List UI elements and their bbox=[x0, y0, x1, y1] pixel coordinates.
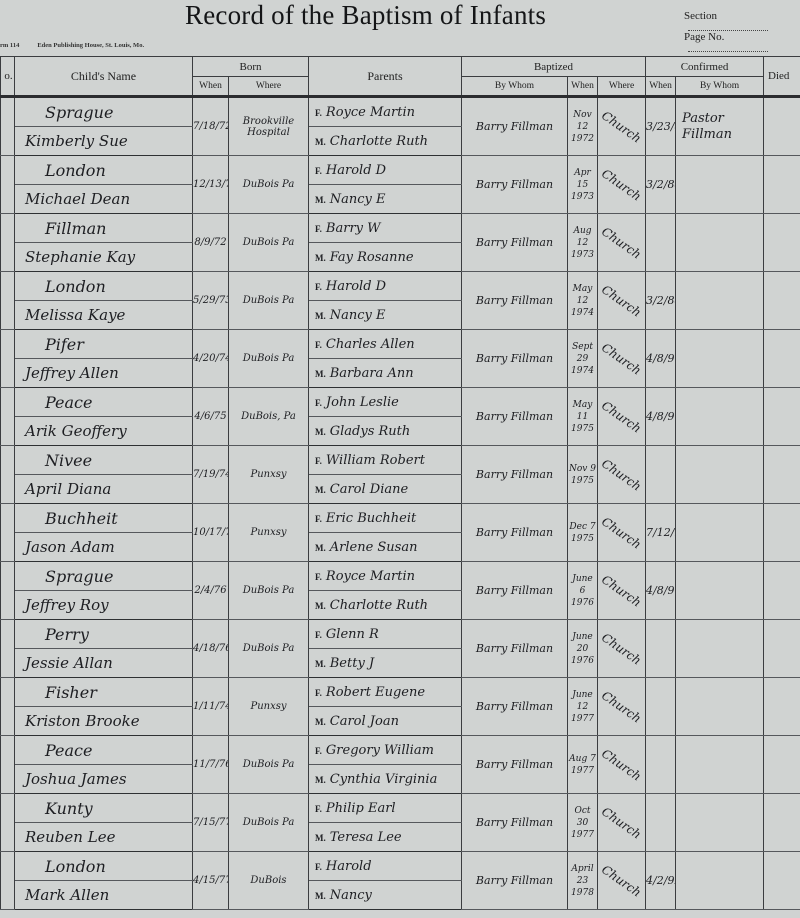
confirmed-when bbox=[646, 620, 676, 678]
baptized-when: May 12 1974 bbox=[568, 272, 598, 330]
baptized-when: June 12 1977 bbox=[568, 678, 598, 736]
father-label: F. bbox=[315, 862, 322, 872]
father-name: Barry W bbox=[326, 221, 381, 236]
child-given-name: Arik Geoffery bbox=[15, 417, 193, 446]
mother-name: Gladys Ruth bbox=[330, 424, 411, 439]
father-cell: F.Harold D bbox=[309, 272, 462, 301]
mother-cell: M.Gladys Ruth bbox=[309, 417, 462, 446]
col-child-name: Child's Name bbox=[15, 57, 193, 97]
father-cell: F.Robert Eugene bbox=[309, 678, 462, 707]
father-name: Harold D bbox=[326, 163, 386, 178]
father-label: F. bbox=[315, 224, 322, 234]
born-where: DuBois Pa bbox=[229, 272, 309, 330]
confirmed-when: 3/2/88 bbox=[646, 272, 676, 330]
mother-label: M. bbox=[315, 717, 326, 727]
mother-name: Carol Joan bbox=[330, 714, 399, 729]
confirmed-by: Pastor Fillman bbox=[676, 97, 764, 156]
page-title: Record of the Baptism of Infants bbox=[185, 0, 546, 31]
born-when: 7/18/72 bbox=[193, 97, 229, 156]
section-label: Section bbox=[684, 10, 717, 22]
child-surname: Nivee bbox=[15, 446, 193, 475]
baptized-where: Church bbox=[598, 388, 646, 446]
confirmed-by bbox=[676, 272, 764, 330]
child-surname: Peace bbox=[15, 736, 193, 765]
baptized-where: Church bbox=[598, 678, 646, 736]
confirmed-when: 4/8/90 bbox=[646, 562, 676, 620]
mother-cell: M.Teresa Lee bbox=[309, 823, 462, 852]
mother-name: Fay Rosanne bbox=[330, 250, 414, 265]
baptized-when: Nov 9 1975 bbox=[568, 446, 598, 504]
father-name: Eric Buchheit bbox=[326, 511, 416, 526]
child-given-name: Kimberly Sue bbox=[15, 127, 193, 156]
confirmed-by bbox=[676, 562, 764, 620]
child-surname: Sprague bbox=[15, 562, 193, 591]
born-when: 4/6/75 bbox=[193, 388, 229, 446]
mother-cell: M.Nancy bbox=[309, 881, 462, 910]
baptized-where-text: Church bbox=[599, 108, 644, 145]
record-number bbox=[1, 214, 15, 272]
mother-label: M. bbox=[315, 659, 326, 669]
mother-label: M. bbox=[315, 195, 326, 205]
record-number bbox=[1, 562, 15, 620]
father-name: Royce Martin bbox=[326, 569, 415, 584]
record-row: Peace11/7/76DuBois PaF.Gregory WilliamBa… bbox=[1, 736, 800, 765]
father-label: F. bbox=[315, 108, 322, 118]
record-row: Perry4/18/76DuBois PaF.Glenn RBarry Fill… bbox=[1, 620, 800, 649]
record-row: Sprague7/18/72Brookville HospitalF.Royce… bbox=[1, 97, 800, 127]
died-cell bbox=[764, 272, 800, 330]
died-cell bbox=[764, 446, 800, 504]
born-when: 12/13/72 bbox=[193, 156, 229, 214]
father-label: F. bbox=[315, 166, 322, 176]
born-where: Punxsy bbox=[229, 446, 309, 504]
baptized-when: June 6 1976 bbox=[568, 562, 598, 620]
born-where: Punxsy bbox=[229, 504, 309, 562]
born-when: 11/7/76 bbox=[193, 736, 229, 794]
father-name: John Leslie bbox=[326, 395, 399, 410]
mother-label: M. bbox=[315, 311, 326, 321]
died-cell bbox=[764, 504, 800, 562]
child-given-name: Joshua James bbox=[15, 765, 193, 794]
child-surname: London bbox=[15, 852, 193, 881]
born-where: Punxsy bbox=[229, 678, 309, 736]
born-where: DuBois Pa bbox=[229, 620, 309, 678]
baptized-when: April 23 1978 bbox=[568, 852, 598, 910]
baptized-by: Barry Fillman bbox=[462, 446, 568, 504]
record-row: London5/29/73DuBois PaF.Harold DBarry Fi… bbox=[1, 272, 800, 301]
record-row: Sprague2/4/76DuBois PaF.Royce MartinBarr… bbox=[1, 562, 800, 591]
mother-label: M. bbox=[315, 833, 326, 843]
father-label: F. bbox=[315, 630, 322, 640]
baptized-by: Barry Fillman bbox=[462, 272, 568, 330]
born-when: 2/4/76 bbox=[193, 562, 229, 620]
father-cell: F.Royce Martin bbox=[309, 562, 462, 591]
col-confirmed-by: By Whom bbox=[676, 77, 764, 97]
mother-name: Carol Diane bbox=[330, 482, 408, 497]
born-when: 10/17/74 bbox=[193, 504, 229, 562]
child-surname: London bbox=[15, 272, 193, 301]
confirmed-by bbox=[676, 156, 764, 214]
record-number bbox=[1, 794, 15, 852]
child-given-name: Melissa Kaye bbox=[15, 301, 193, 330]
col-died: Died bbox=[764, 57, 800, 97]
col-born: Born bbox=[193, 57, 309, 77]
col-parents: Parents bbox=[309, 57, 462, 97]
col-confirmed-when: When bbox=[646, 77, 676, 97]
baptized-when: June 20 1976 bbox=[568, 620, 598, 678]
died-cell bbox=[764, 156, 800, 214]
father-label: F. bbox=[315, 398, 322, 408]
publisher: Eden Publishing House, St. Louis, Mo. bbox=[37, 42, 144, 49]
father-label: F. bbox=[315, 456, 322, 466]
record-number bbox=[1, 272, 15, 330]
father-label: F. bbox=[315, 804, 322, 814]
mother-cell: M.Fay Rosanne bbox=[309, 243, 462, 272]
record-number bbox=[1, 97, 15, 156]
baptized-where: Church bbox=[598, 330, 646, 388]
died-cell bbox=[764, 736, 800, 794]
born-where: DuBois Pa bbox=[229, 794, 309, 852]
record-row: Kunty7/15/77DuBois PaF.Philip EarlBarry … bbox=[1, 794, 800, 823]
confirmed-by bbox=[676, 330, 764, 388]
record-number bbox=[1, 156, 15, 214]
father-cell: F.Harold bbox=[309, 852, 462, 881]
baptized-where-text: Church bbox=[599, 746, 644, 783]
confirmed-when: 7/12/92 bbox=[646, 504, 676, 562]
father-name: William Robert bbox=[326, 453, 425, 468]
form-number: rm 114 bbox=[0, 42, 19, 49]
confirmed-by bbox=[676, 388, 764, 446]
born-when: 5/29/73 bbox=[193, 272, 229, 330]
mother-name: Teresa Lee bbox=[330, 830, 402, 845]
died-cell bbox=[764, 678, 800, 736]
father-name: Charles Allen bbox=[326, 337, 415, 352]
col-baptized-by: By Whom bbox=[462, 77, 568, 97]
confirmed-when: 4/8/90 bbox=[646, 388, 676, 446]
confirmed-by bbox=[676, 620, 764, 678]
father-name: Harold bbox=[326, 859, 372, 874]
born-when: 8/9/72 bbox=[193, 214, 229, 272]
child-given-name: Stephanie Kay bbox=[15, 243, 193, 272]
confirmed-by bbox=[676, 794, 764, 852]
mother-label: M. bbox=[315, 427, 326, 437]
record-number bbox=[1, 388, 15, 446]
mother-cell: M.Nancy E bbox=[309, 185, 462, 214]
child-given-name: Jason Adam bbox=[15, 533, 193, 562]
child-given-name: April Diana bbox=[15, 475, 193, 504]
confirmed-by bbox=[676, 214, 764, 272]
father-name: Harold D bbox=[326, 279, 386, 294]
child-surname: Peace bbox=[15, 388, 193, 417]
father-label: F. bbox=[315, 340, 322, 350]
mother-name: Nancy bbox=[330, 888, 372, 903]
record-row: Fisher1/11/74PunxsyF.Robert EugeneBarry … bbox=[1, 678, 800, 707]
baptized-where-text: Church bbox=[599, 166, 644, 203]
mother-cell: M.Arlene Susan bbox=[309, 533, 462, 562]
mother-name: Arlene Susan bbox=[330, 540, 418, 555]
baptized-where: Church bbox=[598, 794, 646, 852]
confirmed-when bbox=[646, 736, 676, 794]
mother-cell: M.Charlotte Ruth bbox=[309, 591, 462, 620]
record-number bbox=[1, 330, 15, 388]
baptized-when: May 11 1975 bbox=[568, 388, 598, 446]
record-row: Buchheit10/17/74PunxsyF.Eric BuchheitBar… bbox=[1, 504, 800, 533]
child-surname: Sprague bbox=[15, 97, 193, 127]
baptized-where-text: Church bbox=[599, 282, 644, 319]
mother-name: Barbara Ann bbox=[330, 366, 414, 381]
child-surname: Kunty bbox=[15, 794, 193, 823]
baptized-when: Dec 7 1975 bbox=[568, 504, 598, 562]
born-when: 4/18/76 bbox=[193, 620, 229, 678]
died-cell bbox=[764, 562, 800, 620]
died-cell bbox=[764, 794, 800, 852]
father-cell: F.Glenn R bbox=[309, 620, 462, 649]
confirmed-when bbox=[646, 678, 676, 736]
confirmed-by bbox=[676, 736, 764, 794]
child-surname: Fillman bbox=[15, 214, 193, 243]
died-cell bbox=[764, 214, 800, 272]
page-blank bbox=[688, 51, 768, 52]
father-label: F. bbox=[315, 688, 322, 698]
baptized-where-text: Church bbox=[599, 398, 644, 435]
baptized-where: Church bbox=[598, 562, 646, 620]
mother-cell: M.Carol Joan bbox=[309, 707, 462, 736]
born-where: DuBois Pa bbox=[229, 156, 309, 214]
record-row: London4/15/77DuBoisF.HaroldBarry Fillman… bbox=[1, 852, 800, 881]
mother-label: M. bbox=[315, 601, 326, 611]
baptized-where-text: Church bbox=[599, 456, 644, 493]
col-baptized: Baptized bbox=[462, 57, 646, 77]
record-number bbox=[1, 620, 15, 678]
died-cell bbox=[764, 852, 800, 910]
child-given-name: Kriston Brooke bbox=[15, 707, 193, 736]
father-cell: F.Royce Martin bbox=[309, 97, 462, 127]
col-born-when: When bbox=[193, 77, 229, 97]
child-given-name: Mark Allen bbox=[15, 881, 193, 910]
baptized-where-text: Church bbox=[599, 224, 644, 261]
register-rows: Sprague7/18/72Brookville HospitalF.Royce… bbox=[1, 97, 800, 910]
col-no: o. bbox=[1, 57, 15, 97]
mother-name: Nancy E bbox=[330, 192, 386, 207]
mother-label: M. bbox=[315, 369, 326, 379]
mother-cell: M.Charlotte Ruth bbox=[309, 127, 462, 156]
baptized-where-text: Church bbox=[599, 862, 644, 899]
record-row: Pifer4/20/74DuBois PaF.Charles AllenBarr… bbox=[1, 330, 800, 359]
father-label: F. bbox=[315, 282, 322, 292]
baptized-when: Aug 12 1973 bbox=[568, 214, 598, 272]
baptized-by: Barry Fillman bbox=[462, 736, 568, 794]
father-label: F. bbox=[315, 572, 322, 582]
mother-cell: M.Carol Diane bbox=[309, 475, 462, 504]
father-name: Philip Earl bbox=[326, 801, 396, 816]
born-when: 7/15/77 bbox=[193, 794, 229, 852]
father-cell: F.Gregory William bbox=[309, 736, 462, 765]
record-number bbox=[1, 678, 15, 736]
record-row: Fillman8/9/72DuBois PaF.Barry WBarry Fil… bbox=[1, 214, 800, 243]
baptized-where: Church bbox=[598, 446, 646, 504]
mother-cell: M.Barbara Ann bbox=[309, 359, 462, 388]
baptized-where: Church bbox=[598, 214, 646, 272]
baptized-by: Barry Fillman bbox=[462, 620, 568, 678]
baptized-where-text: Church bbox=[599, 804, 644, 841]
baptized-by: Barry Fillman bbox=[462, 852, 568, 910]
child-given-name: Jeffrey Allen bbox=[15, 359, 193, 388]
died-cell bbox=[764, 330, 800, 388]
mother-cell: M.Cynthia Virginia bbox=[309, 765, 462, 794]
father-name: Royce Martin bbox=[326, 105, 415, 120]
record-row: London12/13/72DuBois PaF.Harold DBarry F… bbox=[1, 156, 800, 185]
col-confirmed: Confirmed bbox=[646, 57, 764, 77]
record-number bbox=[1, 736, 15, 794]
died-cell bbox=[764, 97, 800, 156]
mother-label: M. bbox=[315, 775, 326, 785]
father-name: Glenn R bbox=[326, 627, 379, 642]
mother-label: M. bbox=[315, 253, 326, 263]
confirmed-when bbox=[646, 446, 676, 504]
record-number bbox=[1, 446, 15, 504]
col-baptized-when: When bbox=[568, 77, 598, 97]
baptized-where: Church bbox=[598, 272, 646, 330]
child-given-name: Michael Dean bbox=[15, 185, 193, 214]
father-name: Gregory William bbox=[326, 743, 434, 758]
born-when: 4/20/74 bbox=[193, 330, 229, 388]
baptized-when: Aug 7 1977 bbox=[568, 736, 598, 794]
confirmed-by bbox=[676, 852, 764, 910]
col-born-where: Where bbox=[229, 77, 309, 97]
father-cell: F.Charles Allen bbox=[309, 330, 462, 359]
confirmed-when: 3/23/86 bbox=[646, 97, 676, 156]
born-where: DuBois bbox=[229, 852, 309, 910]
child-given-name: Jeffrey Roy bbox=[15, 591, 193, 620]
mother-name: Cynthia Virginia bbox=[330, 772, 438, 787]
father-cell: F.John Leslie bbox=[309, 388, 462, 417]
confirmed-when bbox=[646, 794, 676, 852]
record-row: Peace4/6/75DuBois, PaF.John LeslieBarry … bbox=[1, 388, 800, 417]
father-cell: F.Harold D bbox=[309, 156, 462, 185]
confirmed-when: 4/2/92 bbox=[646, 852, 676, 910]
baptized-by: Barry Fillman bbox=[462, 330, 568, 388]
father-cell: F.Barry W bbox=[309, 214, 462, 243]
born-where: DuBois Pa bbox=[229, 562, 309, 620]
baptized-by: Barry Fillman bbox=[462, 156, 568, 214]
child-given-name: Reuben Lee bbox=[15, 823, 193, 852]
record-row: Nivee7/19/74PunxsyF.William RobertBarry … bbox=[1, 446, 800, 475]
mother-name: Charlotte Ruth bbox=[330, 134, 428, 149]
baptized-where-text: Church bbox=[599, 514, 644, 551]
mother-label: M. bbox=[315, 485, 326, 495]
baptized-by: Barry Fillman bbox=[462, 214, 568, 272]
record-number bbox=[1, 852, 15, 910]
died-cell bbox=[764, 388, 800, 446]
born-where: DuBois Pa bbox=[229, 330, 309, 388]
born-when: 1/11/74 bbox=[193, 678, 229, 736]
confirmed-by bbox=[676, 446, 764, 504]
confirmed-when: 3/2/88 bbox=[646, 156, 676, 214]
baptized-where: Church bbox=[598, 504, 646, 562]
mother-cell: M.Nancy E bbox=[309, 301, 462, 330]
child-given-name: Jessie Allan bbox=[15, 649, 193, 678]
mother-cell: M.Betty J bbox=[309, 649, 462, 678]
born-when: 7/19/74 bbox=[193, 446, 229, 504]
mother-label: M. bbox=[315, 543, 326, 553]
father-label: F. bbox=[315, 514, 322, 524]
baptized-where-text: Church bbox=[599, 572, 644, 609]
child-surname: Pifer bbox=[15, 330, 193, 359]
child-surname: Fisher bbox=[15, 678, 193, 707]
father-cell: F.Philip Earl bbox=[309, 794, 462, 823]
mother-label: M. bbox=[315, 891, 326, 901]
baptized-where: Church bbox=[598, 97, 646, 156]
father-label: F. bbox=[315, 746, 322, 756]
confirmed-when: 4/8/90 bbox=[646, 330, 676, 388]
baptism-register-table: o. Child's Name Born Parents Baptized Co… bbox=[0, 56, 800, 910]
baptized-by: Barry Fillman bbox=[462, 97, 568, 156]
baptized-where: Church bbox=[598, 156, 646, 214]
page-label: Page No. bbox=[684, 31, 724, 43]
baptized-when: Oct 30 1977 bbox=[568, 794, 598, 852]
baptized-where-text: Church bbox=[599, 340, 644, 377]
baptized-where-text: Church bbox=[599, 688, 644, 725]
page-number-field: Page No. bbox=[684, 31, 800, 55]
child-surname: Buchheit bbox=[15, 504, 193, 533]
confirmed-by bbox=[676, 678, 764, 736]
baptized-when: Sept 29 1974 bbox=[568, 330, 598, 388]
baptized-where: Church bbox=[598, 620, 646, 678]
form-info: rm 114Eden Publishing House, St. Louis, … bbox=[0, 42, 144, 49]
mother-name: Betty J bbox=[330, 656, 374, 671]
baptized-by: Barry Fillman bbox=[462, 794, 568, 852]
baptized-by: Barry Fillman bbox=[462, 504, 568, 562]
father-cell: F.William Robert bbox=[309, 446, 462, 475]
record-number bbox=[1, 504, 15, 562]
baptized-when: Apr 15 1973 bbox=[568, 156, 598, 214]
born-where: Brookville Hospital bbox=[229, 97, 309, 156]
baptized-where-text: Church bbox=[599, 630, 644, 667]
baptized-when: Nov 12 1972 bbox=[568, 97, 598, 156]
baptized-where: Church bbox=[598, 852, 646, 910]
confirmed-by bbox=[676, 504, 764, 562]
baptized-where: Church bbox=[598, 736, 646, 794]
baptized-by: Barry Fillman bbox=[462, 678, 568, 736]
col-baptized-where: Where bbox=[598, 77, 646, 97]
born-where: DuBois Pa bbox=[229, 736, 309, 794]
father-cell: F.Eric Buchheit bbox=[309, 504, 462, 533]
child-surname: London bbox=[15, 156, 193, 185]
born-where: DuBois, Pa bbox=[229, 388, 309, 446]
born-where: DuBois Pa bbox=[229, 214, 309, 272]
confirmed-when bbox=[646, 214, 676, 272]
mother-name: Charlotte Ruth bbox=[330, 598, 428, 613]
baptized-by: Barry Fillman bbox=[462, 388, 568, 446]
father-name: Robert Eugene bbox=[326, 685, 425, 700]
born-when: 4/15/77 bbox=[193, 852, 229, 910]
died-cell bbox=[764, 620, 800, 678]
baptized-by: Barry Fillman bbox=[462, 562, 568, 620]
child-surname: Perry bbox=[15, 620, 193, 649]
mother-name: Nancy E bbox=[330, 308, 386, 323]
mother-label: M. bbox=[315, 137, 326, 147]
